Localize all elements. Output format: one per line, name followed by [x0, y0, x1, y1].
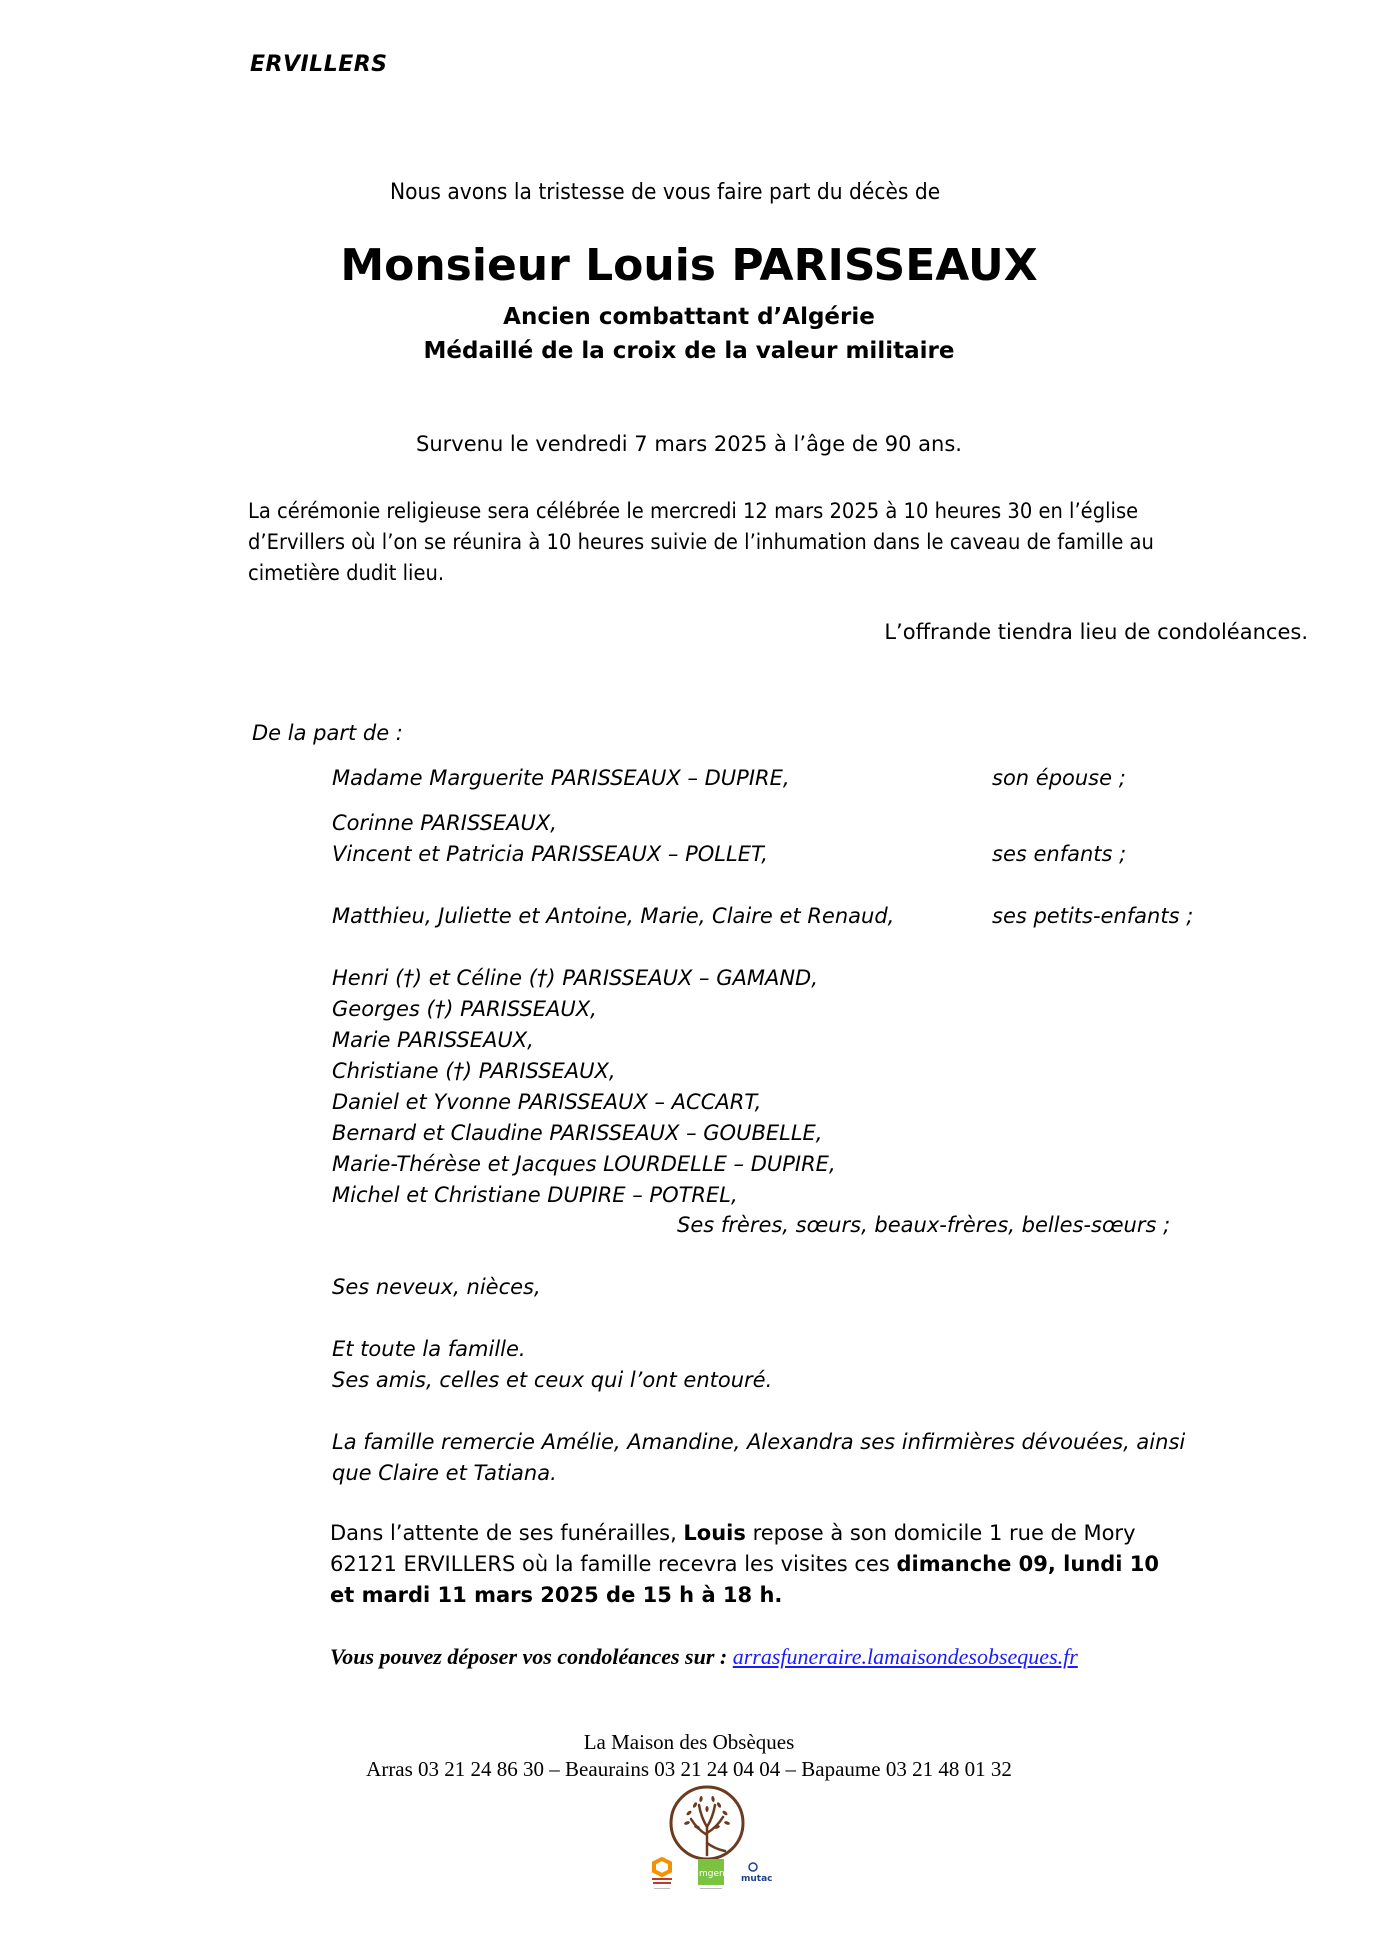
- funeral-home-phones: Arras 03 21 24 86 30 – Beaurains 03 21 2…: [0, 1757, 1378, 1782]
- condolences-line: Vous pouvez déposer vos condoléances sur…: [330, 1644, 1078, 1670]
- family-children-relation: ses enfants ;: [992, 842, 1126, 866]
- intro-line: Nous avons la tristesse de vous faire pa…: [390, 180, 940, 205]
- ceremony-line: d’Ervillers où l’on se réunira à 10 heur…: [248, 527, 1252, 558]
- visitation-line-2: 62121 ERVILLERS où la famille recevra le…: [330, 1549, 1159, 1580]
- family-child-name: Vincent et Patricia PARISSEAUX – POLLET,: [332, 842, 768, 866]
- deceased-name: Monsieur Louis PARISSEAUX: [0, 240, 1378, 291]
- visitation-days: dimanche 09, lundi 10: [896, 1552, 1159, 1576]
- family-sibling-name: Marie PARISSEAUX,: [332, 1028, 534, 1052]
- nephews-line: Ses neveux, nièces,: [332, 1275, 541, 1299]
- family-sibling-name: Michel et Christiane DUPIRE – POTREL,: [332, 1183, 738, 1207]
- visitation-paragraph: Dans l’attente de ses funérailles, Louis…: [330, 1518, 1159, 1611]
- family-sibling-name: Daniel et Yvonne PARISSEAUX – ACCART,: [332, 1090, 761, 1114]
- ceremony-paragraph: La cérémonie religieuse sera célébrée le…: [248, 496, 1328, 589]
- harmonie-mutuelle-logo: [652, 1859, 672, 1889]
- ceremony-line: cimetière dudit lieu.: [248, 558, 1252, 589]
- family-spouse-relation: son épouse ;: [992, 766, 1126, 790]
- family-sibling-name: Georges (†) PARISSEAUX,: [332, 997, 597, 1021]
- subtitle-medal: Médaillé de la croix de la valeur milita…: [0, 338, 1378, 364]
- thanks-line: que Claire et Tatiana.: [332, 1461, 557, 1485]
- death-date: Survenu le vendredi 7 mars 2025 à l’âge …: [0, 432, 1378, 456]
- friends-line: Ses amis, celles et ceux qui l’ont entou…: [332, 1368, 772, 1392]
- family-child-name: Corinne PARISSEAUX,: [332, 811, 557, 835]
- svg-text:mutac: mutac: [741, 1874, 773, 1884]
- family-sibling-name: Bernard et Claudine PARISSEAUX – GOUBELL…: [332, 1121, 822, 1145]
- mgen-logo: mgen: [698, 1859, 725, 1889]
- all-family-line: Et toute la famille.: [332, 1337, 526, 1361]
- family-spouse-name: Madame Marguerite PARISSEAUX – DUPIRE,: [332, 766, 790, 790]
- intro-text: Nous avons la tristesse de vous faire pa…: [0, 180, 1378, 205]
- visitation-line-1: Dans l’attente de ses funérailles, Louis…: [330, 1518, 1159, 1549]
- deceased-first-name: Louis: [683, 1521, 745, 1545]
- condolences-link[interactable]: arrasfuneraire.lamaisondesobseques.fr: [733, 1644, 1078, 1669]
- visitation-text: Dans l’attente de ses funérailles,: [330, 1521, 683, 1545]
- svg-text:mgen: mgen: [699, 1869, 725, 1879]
- subtitle-veteran: Ancien combattant d’Algérie: [0, 304, 1378, 330]
- family-sibling-name: Henri (†) et Céline (†) PARISSEAUX – GAM…: [332, 966, 818, 990]
- condolences-label: Vous pouvez déposer vos condoléances sur…: [330, 1644, 733, 1669]
- ceremony-line: La cérémonie religieuse sera célébrée le…: [248, 496, 1252, 527]
- visitation-text: repose à son domicile 1 rue de Mory: [746, 1521, 1136, 1545]
- funeral-home-name: La Maison des Obsèques: [0, 1730, 1378, 1755]
- from-label: De la part de :: [252, 721, 403, 745]
- town-heading: ERVILLERS: [250, 52, 388, 77]
- mutac-logo: mutac: [741, 1863, 773, 1884]
- offering-note: L’offrande tiendra lieu de condoléances.: [0, 620, 1308, 644]
- partner-logos: mgen mutac: [648, 1855, 778, 1895]
- visitation-line-3: et mardi 11 mars 2025 de 15 h à 18 h.: [330, 1580, 1159, 1611]
- visitation-text: 62121 ERVILLERS où la famille recevra le…: [330, 1552, 896, 1576]
- thanks-line: La famille remercie Amélie, Amandine, Al…: [332, 1430, 1185, 1454]
- family-sibling-name: Christiane (†) PARISSEAUX,: [332, 1059, 616, 1083]
- family-grandchildren-names: Matthieu, Juliette et Antoine, Marie, Cl…: [332, 904, 894, 928]
- visitation-hours: et mardi 11 mars 2025 de 15 h à 18 h.: [330, 1583, 782, 1607]
- tree-of-life-icon: [667, 1783, 747, 1863]
- family-grandchildren-relation: ses petits-enfants ;: [992, 904, 1193, 928]
- family-sibling-name: Marie-Thérèse et Jacques LOURDELLE – DUP…: [332, 1152, 836, 1176]
- family-siblings-relation: Ses frères, sœurs, beaux-frères, belles-…: [677, 1213, 1170, 1237]
